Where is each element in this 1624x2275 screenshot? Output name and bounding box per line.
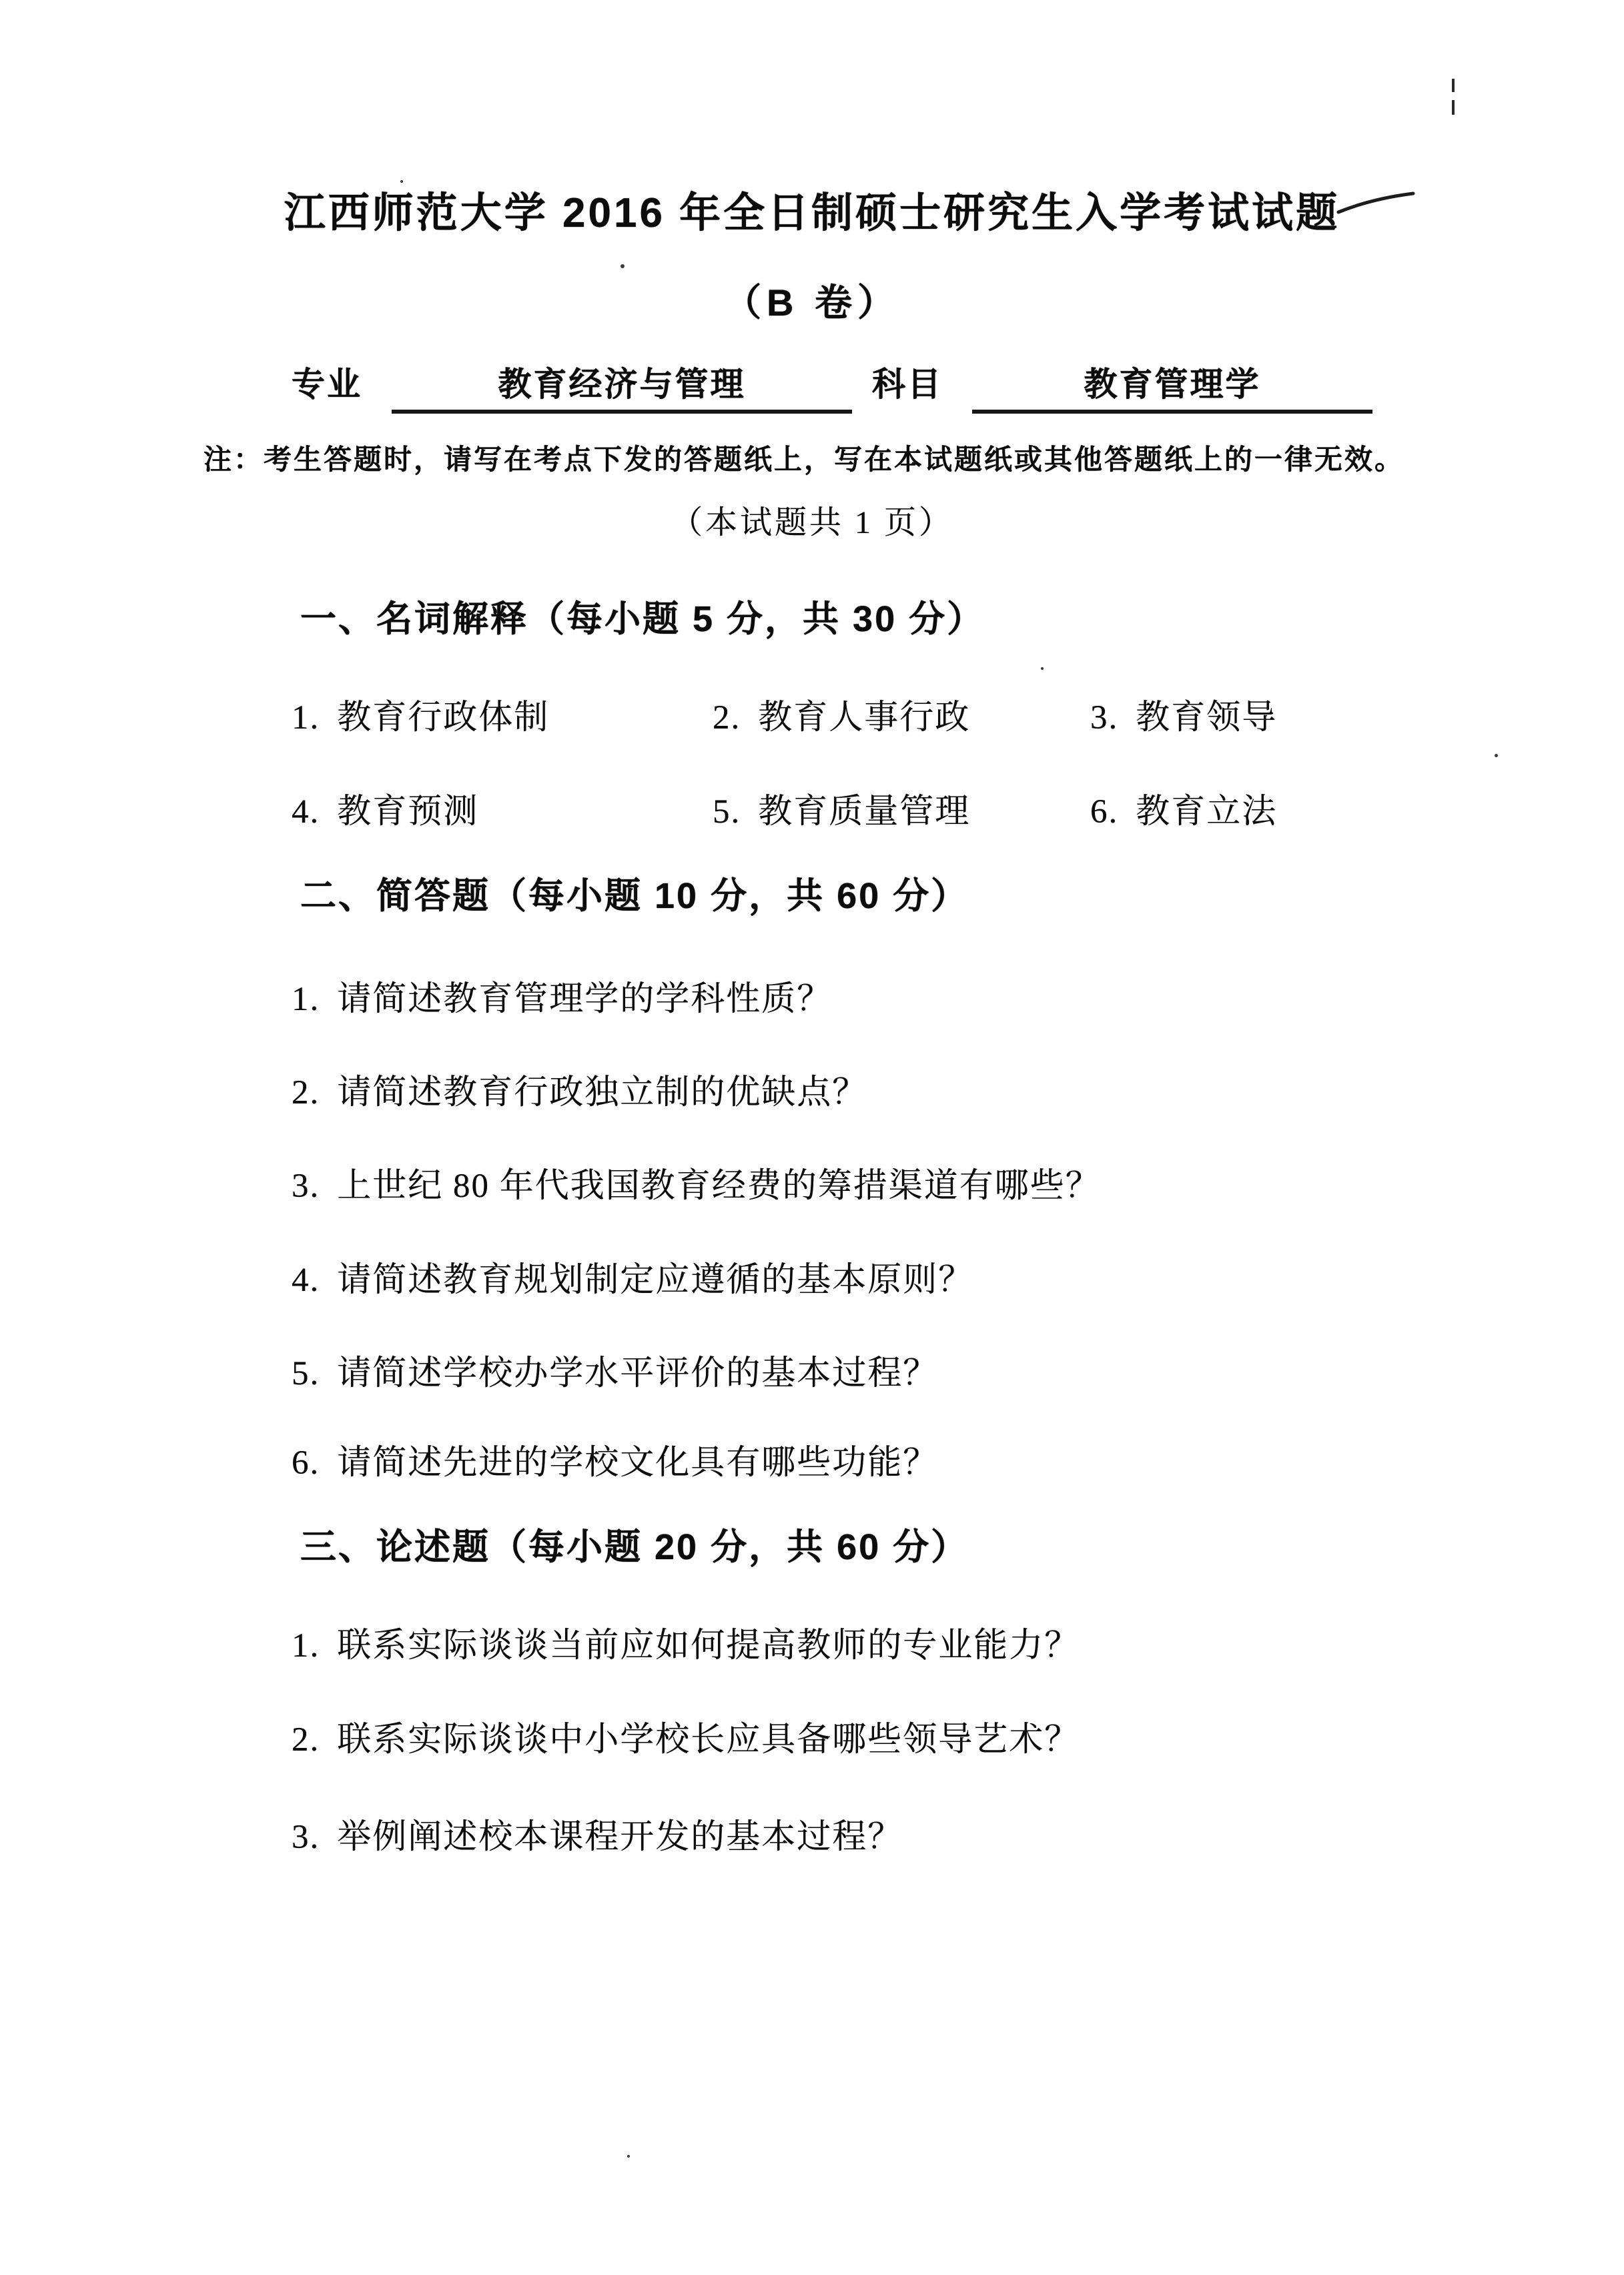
question-number: 1. (292, 1627, 320, 1665)
question-text: 请简述教育规划制定应遵循的基本原则？ (337, 1262, 973, 1299)
term-item-4: 4.教育预测 (292, 783, 478, 833)
term-1-number: 1. (292, 699, 320, 737)
term-2-text: 教育人事行政 (758, 699, 970, 737)
term-3-text: 教育领导 (1136, 699, 1277, 737)
scan-artifact-dash-bottom (1452, 100, 1455, 115)
short-answer-question-2: 2.请简述教育行政独立制的优缺点？ (292, 1064, 867, 1113)
term-3-number: 3. (1090, 699, 1118, 737)
page-count-line: （本试题共 1 页） (0, 504, 1624, 541)
scan-speck (1495, 754, 1498, 757)
question-number: 6. (292, 1444, 320, 1482)
essay-question-3: 3.举例阐述校本课程开发的基本过程？ (292, 1809, 903, 1858)
scan-artifact-pen-stroke (1334, 188, 1421, 217)
term-4-text: 教育预测 (337, 793, 478, 831)
term-4-number: 4. (292, 793, 320, 831)
term-2-number: 2. (713, 699, 741, 737)
question-number: 4. (292, 1261, 320, 1300)
term-6-number: 6. (1090, 793, 1118, 831)
term-item-5: 5.教育质量管理 (713, 783, 970, 833)
question-text: 请简述学校办学水平评价的基本过程？ (337, 1355, 938, 1392)
question-number: 3. (292, 1167, 320, 1206)
scan-artifact-dash-top (1452, 79, 1455, 92)
short-answer-question-5: 5.请简述学校办学水平评价的基本过程？ (292, 1345, 938, 1394)
section-3-heading: 三、论述题（每小题 20 分，共 60 分） (300, 1526, 969, 1568)
essay-question-2: 2.联系实际谈谈中小学校长应具备哪些领导艺术？ (292, 1711, 1080, 1761)
term-item-1: 1.教育行政体制 (292, 689, 549, 739)
short-answer-question-1: 1.请简述教育管理学的学科性质？ (292, 971, 832, 1020)
major-value: 教育经济与管理 (498, 366, 746, 403)
major-value-blank: 教育经济与管理 (392, 366, 852, 414)
question-number: 1. (292, 980, 320, 1019)
term-item-6: 6.教育立法 (1090, 783, 1277, 833)
essay-question-1: 1.联系实际谈谈当前应如何提高教师的专业能力？ (292, 1617, 1080, 1667)
question-text: 上世纪 80 年代我国教育经费的筹措渠道有哪些？ (337, 1168, 1101, 1205)
term-item-3: 3.教育领导 (1090, 689, 1277, 739)
term-5-number: 5. (713, 793, 741, 831)
question-text: 联系实际谈谈当前应如何提高教师的专业能力？ (337, 1627, 1080, 1665)
major-label: 专业 (292, 366, 362, 404)
short-answer-question-3: 3.上世纪 80 年代我国教育经费的筹措渠道有哪些？ (292, 1158, 1101, 1207)
question-number: 2. (292, 1073, 320, 1112)
scan-speck (627, 2155, 630, 2158)
term-6-text: 教育立法 (1136, 793, 1277, 831)
scan-speck (621, 264, 625, 268)
question-text: 联系实际谈谈中小学校长应具备哪些领导艺术？ (337, 1721, 1080, 1759)
term-5-text: 教育质量管理 (758, 793, 970, 831)
section-1-heading: 一、名词解释（每小题 5 分，共 30 分） (300, 598, 985, 640)
scan-speck (400, 180, 403, 183)
subject-value: 教育管理学 (1084, 366, 1261, 403)
short-answer-question-4: 4.请简述教育规划制定应遵循的基本原则？ (292, 1252, 973, 1301)
term-1-text: 教育行政体制 (337, 699, 549, 737)
question-text: 请简述教育管理学的学科性质？ (337, 981, 832, 1018)
subject-value-blank: 教育管理学 (972, 366, 1372, 414)
paper-version: （B 卷） (0, 282, 1624, 324)
exam-paper-page: 江西师范大学 2016 年全日制硕士研究生入学考试试题 （B 卷） 专业教育经济… (0, 0, 1624, 2275)
question-text: 举例阐述校本课程开发的基本过程？ (337, 1819, 903, 1856)
scan-speck (1041, 667, 1044, 670)
question-text: 请简述先进的学校文化具有哪些功能？ (337, 1444, 938, 1482)
candidate-note: 注：考生答题时，请写在考点下发的答题纸上，写在本试题纸或其他答题纸上的一律无效。 (204, 444, 1404, 476)
question-number: 3. (292, 1818, 320, 1857)
subject-label: 科目 (872, 366, 943, 404)
section-2-heading: 二、简答题（每小题 10 分，共 60 分） (300, 875, 969, 917)
form-line: 专业教育经济与管理科目教育管理学 (292, 366, 1372, 414)
short-answer-question-6: 6.请简述先进的学校文化具有哪些功能？ (292, 1434, 938, 1484)
question-number: 5. (292, 1354, 320, 1393)
term-item-2: 2.教育人事行政 (713, 689, 970, 739)
question-number: 2. (292, 1721, 320, 1759)
question-text: 请简述教育行政独立制的优缺点？ (337, 1074, 867, 1111)
